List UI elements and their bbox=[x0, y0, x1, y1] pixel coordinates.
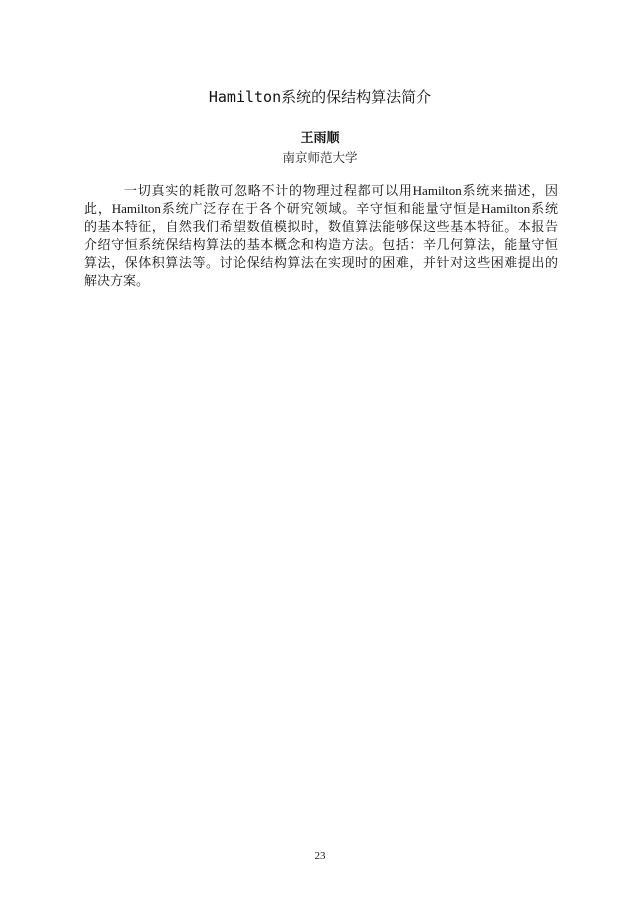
page-number: 23 bbox=[0, 850, 640, 862]
author-name: 王雨顺 bbox=[0, 127, 640, 146]
abstract-line: 一切真实的耗散可忽略不计的物理过程都可以用Hamilton系统来描述，因 bbox=[84, 182, 558, 200]
abstract-line: 算法，保体积算法等。讨论保结构算法在实现时的困难，并针对这些困难提出的 bbox=[84, 254, 558, 272]
abstract-line: 解决方案。 bbox=[84, 272, 558, 290]
abstract-paragraph: 一切真实的耗散可忽略不计的物理过程都可以用Hamilton系统来描述，因 此，H… bbox=[84, 182, 558, 290]
abstract-line: 介绍守恒系统保结构算法的基本概念和构造方法。包括：辛几何算法，能量守恒 bbox=[84, 236, 558, 254]
page-title: Hamilton系统的保结构算法简介 bbox=[0, 86, 640, 107]
abstract-line: 此，Hamilton系统广泛存在于各个研究领域。辛守恒和能量守恒是Hamilto… bbox=[84, 200, 558, 218]
author-affiliation: 南京师范大学 bbox=[0, 148, 640, 166]
document-page: Hamilton系统的保结构算法简介 王雨顺 南京师范大学 一切真实的耗散可忽略… bbox=[0, 0, 640, 905]
abstract-line: 的基本特征，自然我们希望数值模拟时，数值算法能够保这些基本特征。本报告 bbox=[84, 218, 558, 236]
